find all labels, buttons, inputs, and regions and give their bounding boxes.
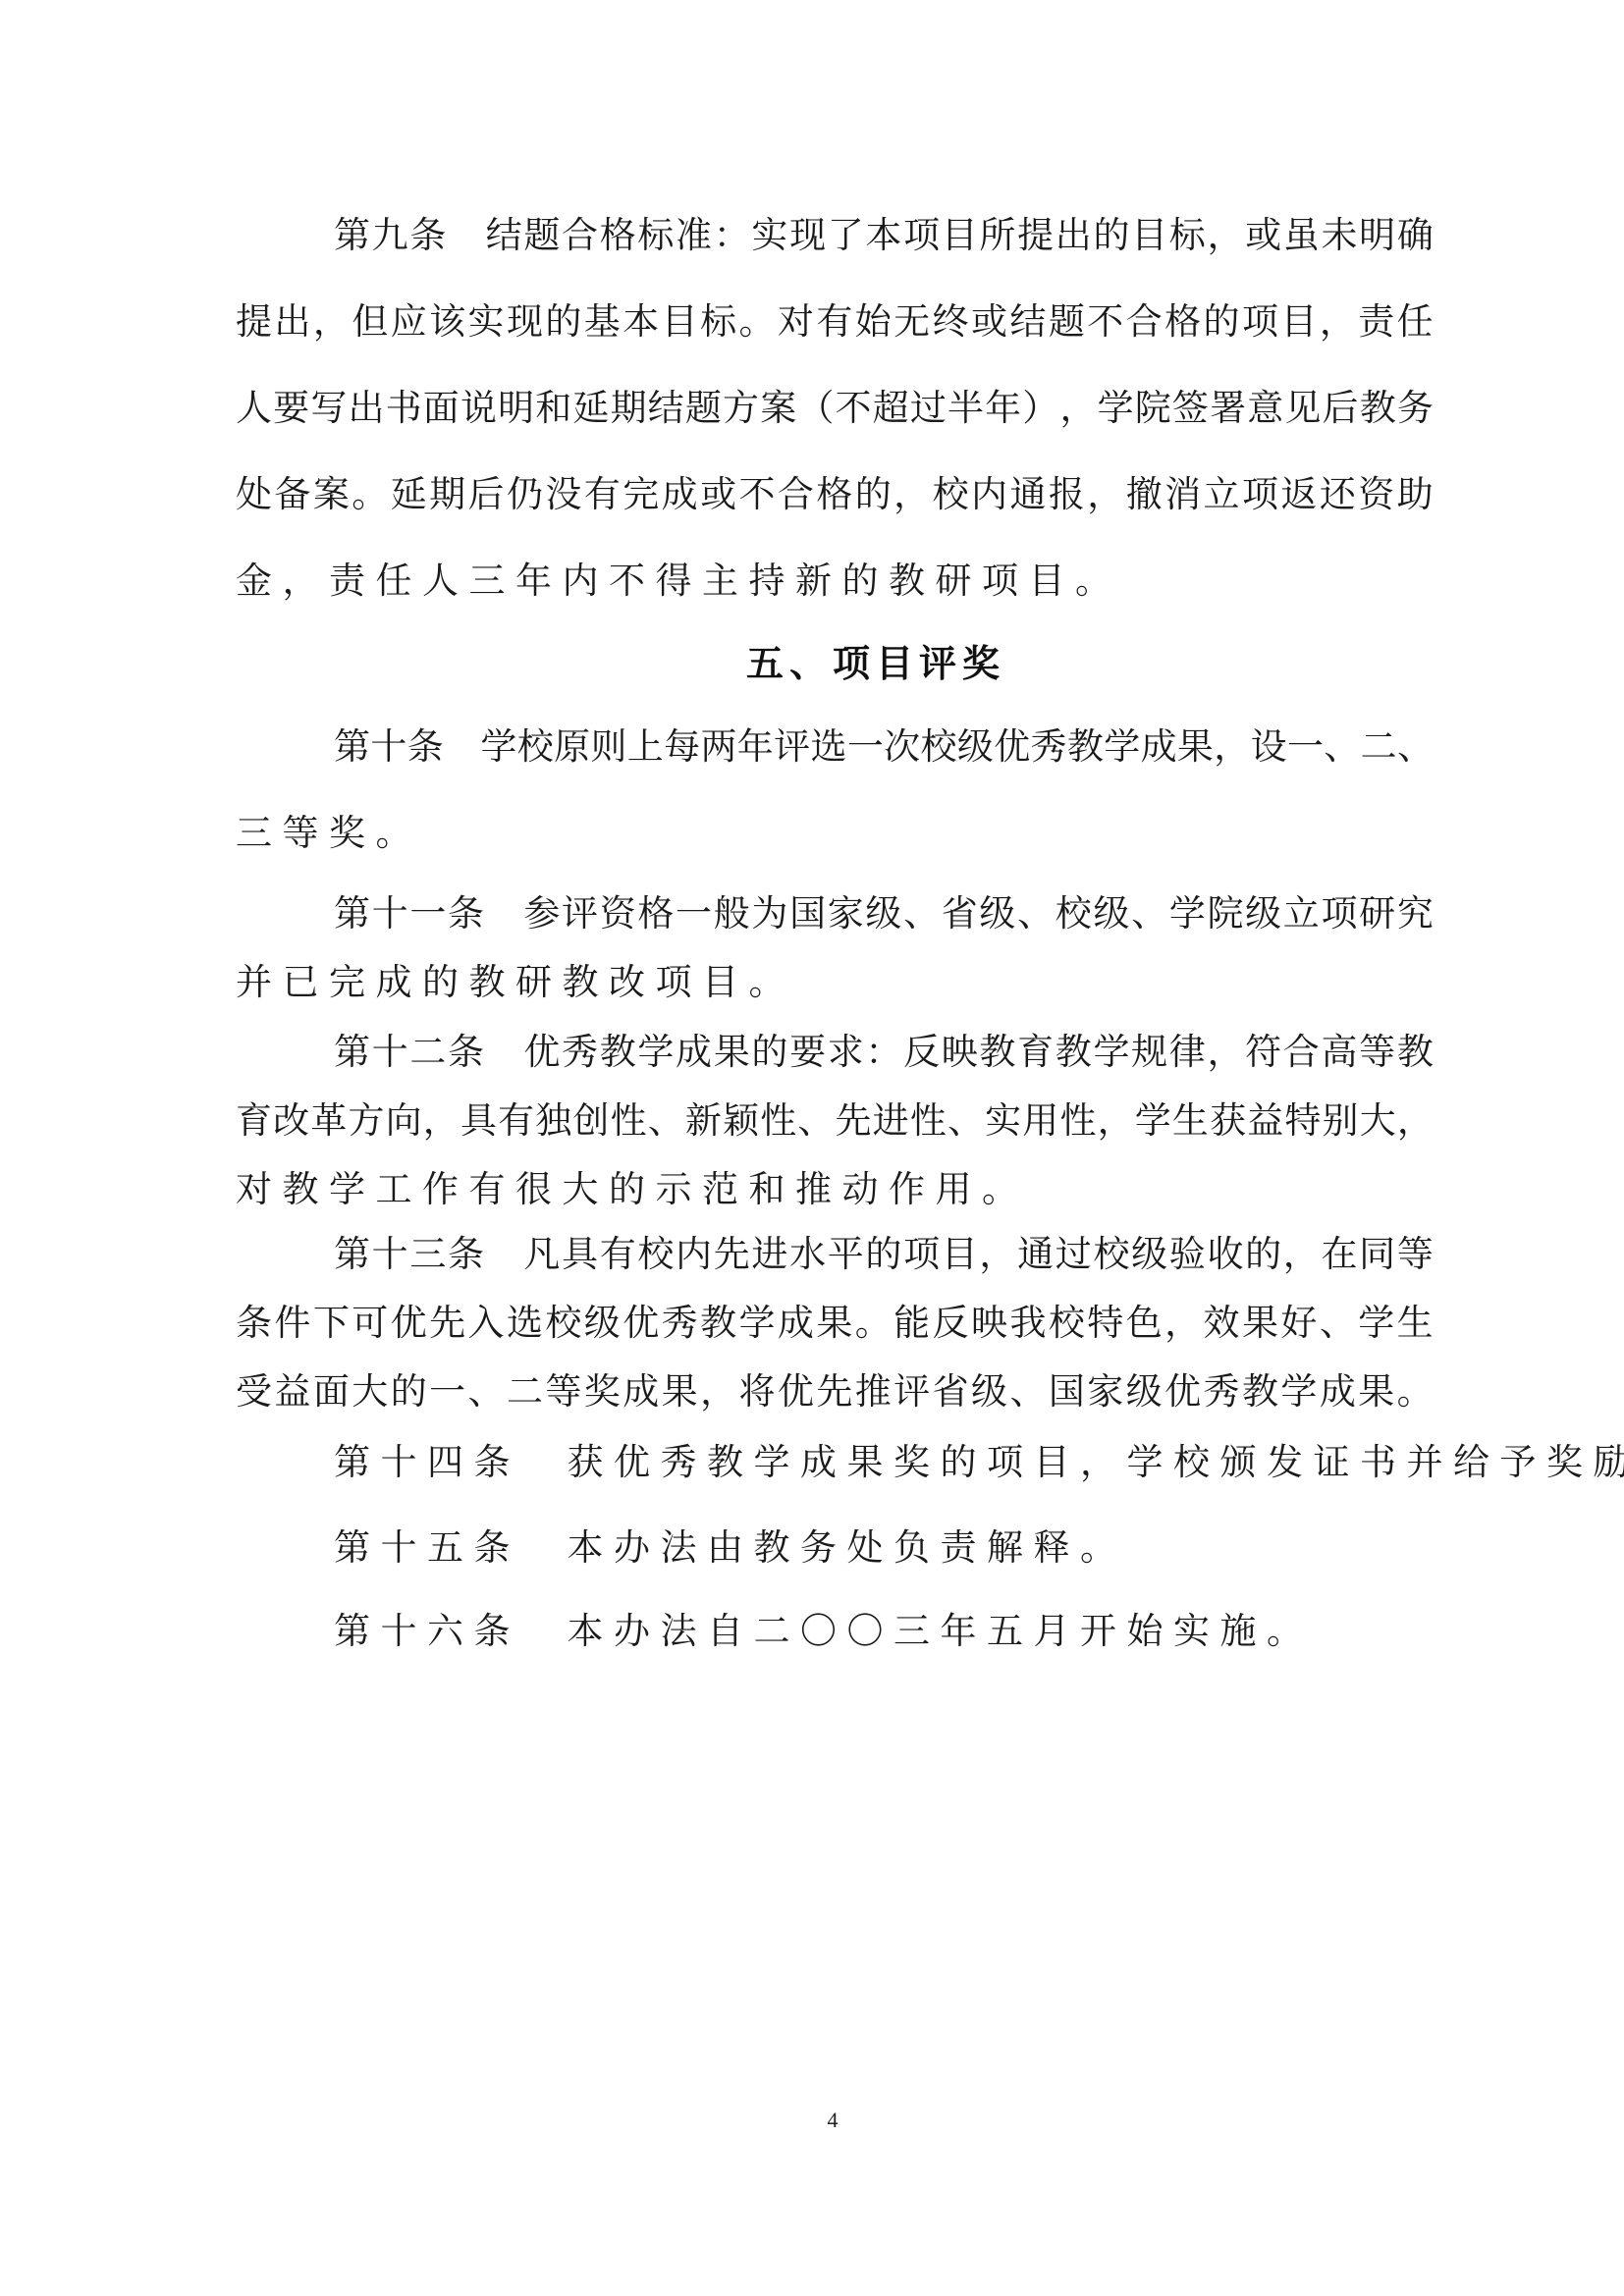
paragraph-line: 第十四条 获优秀教学成果奖的项目，学校颁发证书并给予奖励。 [334, 1439, 1624, 1486]
paragraph-line: 第十二条 优秀教学成果的要求：反映教育教学规律，符合高等教 [334, 1029, 1434, 1076]
paragraph-line: 人要写出书面说明和延期结题方案（不超过半年），学院签署意见后教务 [236, 385, 1434, 432]
paragraph-line: 第十一条 参评资格一般为国家级、省级、校级、学院级立项研究 [334, 890, 1434, 937]
paragraph-line: 处备案。延期后仍没有完成或不合格的，校内通报，撤消立项返还资助 [236, 471, 1434, 518]
document-page: 第九条 结题合格标准：实现了本项目所提出的目标，或虽未明确 提出，但应该实现的基… [0, 0, 1624, 2296]
paragraph-line: 第十五条 本办法由教务处负责解释。 [334, 1524, 1127, 1572]
paragraph-line: 三等奖。 [236, 810, 422, 857]
paragraph-line: 条件下可优先入选校级优秀教学成果。能反映我校特色，效果好、学生 [236, 1300, 1434, 1347]
paragraph-line: 第九条 结题合格标准：实现了本项目所提出的目标，或虽未明确 [334, 212, 1434, 259]
paragraph-line: 第十六条 本办法自二〇〇三年五月开始实施。 [334, 1608, 1314, 1655]
paragraph-line: 提出，但应该实现的基本目标。对有始无终或结题不合格的项目，责任 [236, 298, 1434, 346]
paragraph-line: 第十三条 凡具有校内先进水平的项目，通过校级验收的，在同等 [334, 1231, 1434, 1278]
paragraph-line: 第十条 学校原则上每两年评选一次校级优秀教学成果，设一、二、 [334, 723, 1434, 771]
paragraph-line: 并已完成的教研教改项目。 [236, 959, 795, 1006]
page-number: 4 [823, 2107, 842, 2134]
paragraph-line: 育改革方向，具有独创性、新颖性、先进性、实用性，学生获益特别大， [236, 1097, 1434, 1145]
paragraph-line: 受益面大的一、二等奖成果，将优先推评省级、国家级优秀教学成果。 [236, 1368, 1434, 1415]
paragraph-line: 对教学工作有很大的示范和推动作用。 [236, 1166, 1029, 1213]
section-heading: 五、项目评奖 [746, 640, 1005, 687]
paragraph-line: 金，责任人三年内不得主持新的教研项目。 [236, 558, 1122, 605]
